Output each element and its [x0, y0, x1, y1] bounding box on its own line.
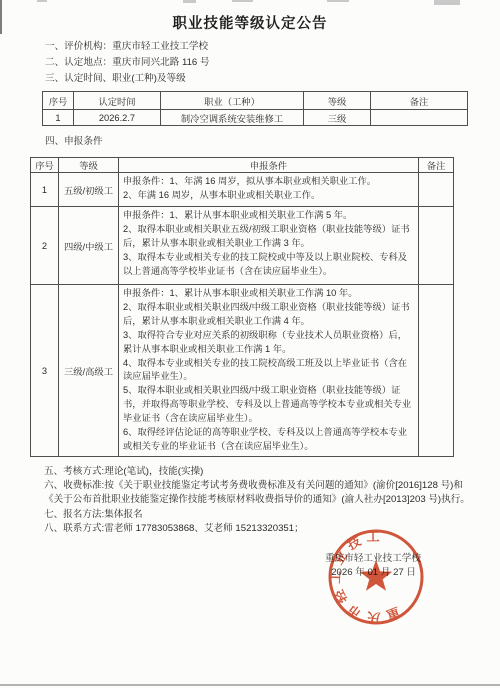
header-occupation: 职业（工种）: [161, 92, 304, 110]
scan-artifact: [37, 0, 47, 2]
cell-seq: 1: [43, 110, 74, 126]
header-remark: 备注: [371, 92, 468, 110]
signature-org: 重庆市轻工业技工学校: [0, 552, 500, 566]
condition-item: 2、取得本职业或相关职业五级/初级工职业资格（职业技能等级）证书后，累计从事本职…: [123, 223, 414, 251]
header-conditions: 申报条件: [119, 158, 419, 173]
table-header-row: 序号 等级 申报条件 备注: [31, 158, 454, 173]
cell-seq: 1: [31, 173, 59, 207]
condition-item: 3、取得本专业或相关专业的技工院校或中等及以上职业院校、专科及以上普通高等学校毕…: [123, 251, 414, 279]
condition-item: 6、取得经评估论证的高等职业学校、专科及以上普通高等学校本专业或相关专业的毕业证…: [123, 426, 414, 454]
condition-item: 3、取得符合专业对应关系的初级职称（专业技术人员职业资格）后，累计从事本职业或相…: [123, 329, 414, 357]
header-seq: 序号: [43, 92, 74, 110]
cell-conditions: 申报条件：1、累计从事本职业或相关职业工作满 10 年。 2、取得本职业或相关职…: [119, 285, 419, 457]
header-seq: 序号: [31, 158, 59, 173]
notes-block: 五、考核方式:理论(笔试)，技能(实操) 六、收费标准:按《关于职业技能鉴定考试…: [44, 465, 470, 536]
intro-line-evaluator: 一、评价机构：重庆市轻工业技工学校: [45, 39, 210, 55]
note-fees: 六、收费标准:按《关于职业技能鉴定考试考务费收费标准及有关问题的通知》(渝价[2…: [44, 479, 470, 507]
scan-artifact: [327, 0, 349, 2]
schedule-table: 序号 认定时间 职业（工种） 等级 备注 1 2026.2.7 制冷空调系统安装…: [42, 91, 468, 126]
table-row: 3 三级/高级工 申报条件：1、累计从事本职业或相关职业工作满 10 年。 2、…: [31, 285, 454, 457]
cell-level: 四级/中级工: [59, 207, 119, 285]
conditions-heading: 四、申报条件: [45, 133, 103, 147]
header-remark: 备注: [419, 158, 454, 173]
cell-seq: 2: [31, 207, 59, 285]
note-assessment: 五、考核方式:理论(笔试)，技能(实操): [44, 465, 470, 479]
header-level: 等级: [59, 158, 119, 173]
intro-line-schedule-heading: 三、认定时间、职业(工种)及等级: [45, 71, 210, 87]
scan-artifact: [232, 0, 253, 2]
cell-date: 2026.2.7: [74, 110, 161, 126]
note-contact: 八、联系方式:雷老师 17783053868、艾老师 15213320351；: [44, 522, 470, 536]
cell-remark: [419, 285, 454, 457]
table-row: 1 五级/初级工 申报条件：1、年满 16 周岁，拟从事本职业或相关职业工作。 …: [31, 173, 454, 207]
intro-block: 一、评价机构：重庆市轻工业技工学校 二、认定地点：重庆市同兴北路 116 号 三…: [45, 39, 210, 87]
conditions-table: 序号 等级 申报条件 备注 1 五级/初级工 申报条件：1、年满 16 周岁，拟…: [30, 157, 454, 457]
condition-item: 2、取得本职业或相关职业四级/中级工职业资格（职业技能等级）证书后，累计从事本职…: [123, 301, 414, 329]
condition-item: 申报条件：1、年满 16 周岁，拟从事本职业或相关职业工作。: [123, 175, 414, 189]
scan-artifact: [183, 0, 196, 3]
condition-item: 申报条件：1、累计从事本职业或相关职业工作满 10 年。: [123, 287, 414, 301]
page-title: 职业技能等级认定公告: [0, 12, 500, 33]
table-row: 1 2026.2.7 制冷空调系统安装维修工 三级: [43, 110, 468, 126]
condition-item: 4、取得本专业或相关专业的技工院校高级工班及以上毕业证书（含在读应届毕业生）。: [123, 357, 414, 385]
cell-level: 五级/初级工: [59, 173, 119, 207]
signature-date: 2026 年 01 月 27 日: [0, 566, 500, 580]
cell-conditions: 申报条件：1、年满 16 周岁，拟从事本职业或相关职业工作。 2、年满 16 周…: [119, 173, 419, 207]
cell-conditions: 申报条件：1、累计从事本职业或相关职业工作满 5 年。 2、取得本职业或相关职业…: [119, 207, 419, 285]
cell-remark: [371, 110, 468, 126]
cell-level: 三级/高级工: [59, 285, 119, 457]
cell-occupation: 制冷空调系统安装维修工: [161, 110, 304, 126]
scan-artifact: [434, 0, 460, 5]
cell-remark: [419, 173, 454, 207]
signature-block: 重庆市轻工业技工学校 2026 年 01 月 27 日: [0, 552, 500, 580]
scan-artifact: [0, 684, 500, 686]
note-registration: 七、报名方法:集体报名: [44, 508, 470, 522]
table-row: 2 四级/中级工 申报条件：1、累计从事本职业或相关职业工作满 5 年。 2、取…: [31, 207, 454, 285]
header-level: 等级: [304, 92, 371, 110]
cell-seq: 3: [31, 285, 59, 457]
cell-level: 三级: [304, 110, 371, 126]
condition-item: 2、年满 16 周岁，从事本职业或相关职业工作。: [123, 189, 414, 203]
condition-item: 5、取得本职业或相关职业四级/中级工职业资格（职业技能等级）证书，并取得高等职业…: [123, 384, 414, 426]
condition-item: 申报条件：1、累计从事本职业或相关职业工作满 5 年。: [123, 209, 414, 223]
table-header-row: 序号 认定时间 职业（工种） 等级 备注: [43, 92, 468, 110]
cell-remark: [419, 207, 454, 285]
header-date: 认定时间: [74, 92, 161, 110]
intro-line-location: 二、认定地点：重庆市同兴北路 116 号: [45, 55, 210, 71]
